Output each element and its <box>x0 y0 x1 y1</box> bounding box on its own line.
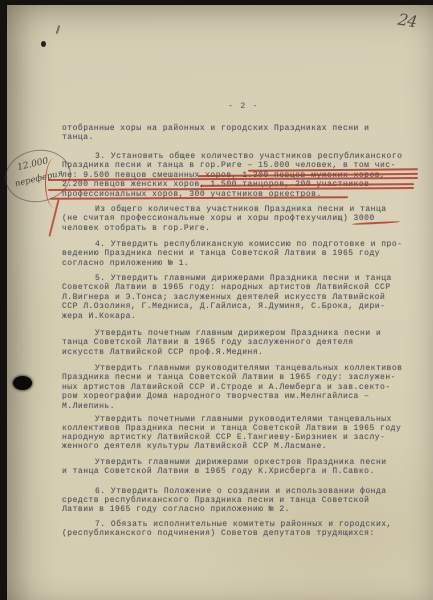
typewritten-line: 7. Обязать исполнительные комитеты район… <box>95 520 392 529</box>
typewritten-line: танца. <box>62 133 94 142</box>
typewritten-line: ных артистов Латвийской ССР И.Строде и А… <box>62 383 391 392</box>
typewritten-line: 5. Утвердить главными дирижерами Праздни… <box>95 274 392 283</box>
typewritten-line: Утвердить почетным главным дирижером Пра… <box>95 329 381 338</box>
typewritten-line: 3. Установить общее количество участнико… <box>95 152 402 161</box>
scanned-document-page: 24 - 2 - 12.000 переферия отобранные хор… <box>0 0 433 600</box>
typewritten-line: отобранные хоры на районных и городских … <box>62 124 369 133</box>
typewritten-line: и танца Советской Латвии в 1965 году К.Х… <box>62 467 375 476</box>
typewritten-line: (республиканского подчинения) Советов де… <box>62 529 375 538</box>
typewritten-line: ром хореографии Дома народного творчеств… <box>62 392 369 401</box>
typewritten-line: Утвердить почетными главными руководител… <box>95 415 392 424</box>
typewritten-line: танца Советской Латвии в 1965 году заслу… <box>62 338 354 347</box>
typewritten-line: народную артистку Латвийской ССР Е.Танги… <box>62 433 385 442</box>
typewritten-line: Праздника песни и танца Советской Латвии… <box>62 373 396 382</box>
hole-punch <box>13 376 32 390</box>
typewritten-line: Утвердить главными руководителями танцев… <box>95 364 402 373</box>
typewritten-line: искусств Латвийской ССР проф.Я.Мединя. <box>62 348 263 357</box>
typewritten-line: 4. Утвердить республиканскую комиссию по… <box>95 240 402 249</box>
typewritten-line: Л.Вигнера и Э.Тонса; заслуженных деятеле… <box>62 293 385 302</box>
typewritten-line: человек отобрать в гор.Риге. <box>62 224 210 233</box>
typewritten-line: Советской Латвии в 1965 году: народных а… <box>62 283 391 292</box>
ink-blot <box>41 41 46 47</box>
typewritten-line: Латвии в 1965 году согласно приложению №… <box>62 505 290 514</box>
typewritten-line: ССР Л.Озолиня, Г.Медниса, Д.Гайлиса, Я.Д… <box>62 302 385 311</box>
typewritten-line: 6. Утвердить Положение о создании и испо… <box>95 487 387 496</box>
typewritten-line: средств республиканского Праздника песни… <box>62 496 369 505</box>
typewritten-line: согласно приложению № 1. <box>62 259 189 268</box>
page-number: - 2 - <box>228 101 259 111</box>
typewritten-line: (не считая профессиональные хоры и хоры … <box>62 214 375 223</box>
typewritten-line: М.Лиепинь. <box>62 402 115 411</box>
typewritten-line: коллективов Праздника песни и танца Сове… <box>62 424 401 433</box>
typewritten-line: ведению Праздника песни и танца Советско… <box>62 249 380 258</box>
handwritten-corner-number: 24 <box>397 10 418 32</box>
typewritten-line: Из общего количества участников Праздник… <box>95 205 387 214</box>
typewritten-line: Утвердить главными дирижерами оркестров … <box>95 458 387 467</box>
typewritten-line: женного деятеля культуры Латвийской ССР … <box>62 442 327 451</box>
typewritten-line: жера И.Кокара. <box>62 312 136 321</box>
